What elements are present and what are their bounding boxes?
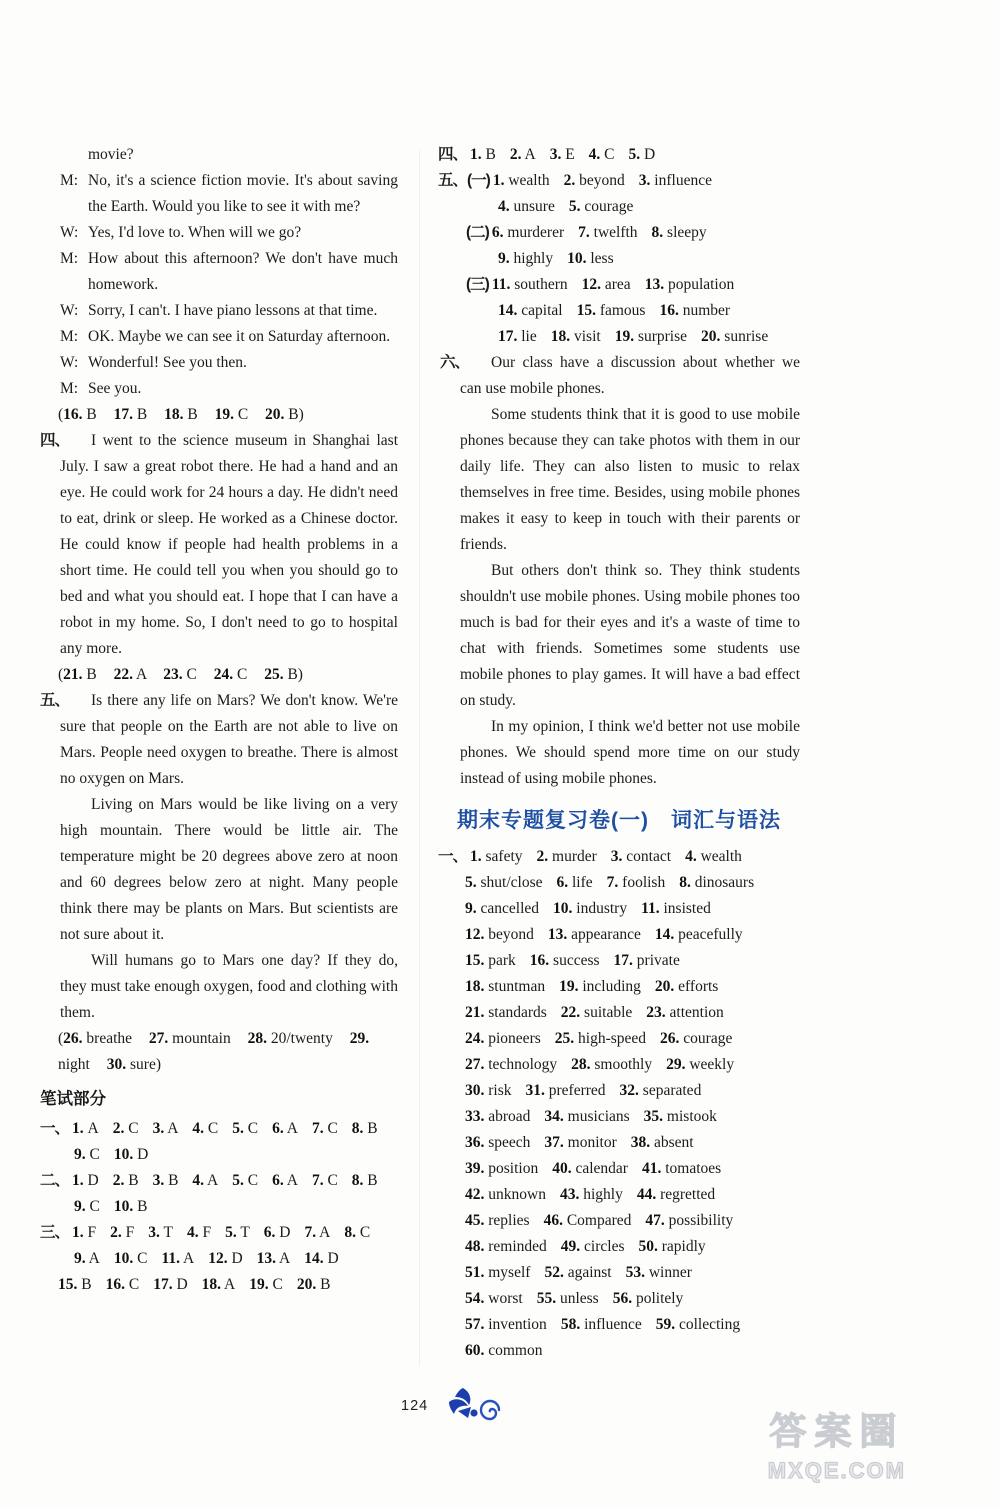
section-label: 六、: [440, 350, 469, 376]
list-item: 4. C: [192, 1120, 218, 1137]
list-item: 42. unknown: [465, 1186, 546, 1203]
paragraph: Will humans go to Mars one day? If they …: [60, 948, 398, 1026]
list-line: 一、1. safety2. murder3. contact4. wealth: [438, 844, 800, 870]
list-item: 28. smoothly: [571, 1056, 652, 1073]
list-item: 8. C: [344, 1224, 370, 1241]
list-item: 9. highly: [498, 250, 553, 267]
list-item: 4. unsure: [498, 198, 555, 215]
speaker-label: M:: [60, 376, 88, 402]
list-label: 二、: [40, 1172, 69, 1189]
dialogue-line: M:OK. Maybe we can see it on Saturday af…: [60, 324, 398, 350]
list-line: 39. position40. calendar41. tomatoes: [438, 1156, 800, 1182]
dialogue-line: M:No, it's a science fiction movie. It's…: [60, 168, 398, 220]
list-item: 9. cancelled: [465, 900, 539, 917]
list-item: 2. A: [510, 146, 536, 163]
section-paragraph: 五、Is there any life on Mars? We don't kn…: [60, 688, 398, 792]
dialogue-text: No, it's a science fiction movie. It's a…: [88, 172, 398, 215]
list-item: 20. efforts: [655, 978, 718, 995]
list-line: 4. unsure5. courage: [438, 194, 800, 220]
list-label: 五、(一): [438, 172, 490, 189]
dialogue-text: See you.: [88, 380, 141, 397]
list-label: 三、: [40, 1224, 69, 1241]
list-label: 四、: [438, 146, 467, 163]
list-item: 2. beyond: [564, 172, 625, 189]
list-item: 5. shut/close: [465, 874, 543, 891]
column-gutter: [419, 150, 420, 1365]
list-item: 4. C: [589, 146, 615, 163]
list-item: 5. D: [629, 146, 656, 163]
list-item: 14. D: [304, 1250, 338, 1267]
list-line: 9. A10. C11. A12. D13. A14. D: [40, 1246, 398, 1272]
paragraph: Living on Mars would be like living on a…: [60, 792, 398, 948]
list-item: 7. twelfth: [578, 224, 637, 241]
list-item: 36. speech: [465, 1134, 530, 1151]
speaker-label: W:: [60, 220, 88, 246]
right-column: 四、1. B2. A3. E4. C5. D五、(一)1. wealth2. b…: [438, 142, 800, 1364]
list-item: 11. southern: [492, 276, 568, 293]
list-label: (三): [466, 276, 489, 293]
list-item: 34. musicians: [544, 1108, 629, 1125]
list-item: 2. murder: [537, 848, 597, 865]
list-line: 24. pioneers25. high-speed26. courage: [438, 1026, 800, 1052]
list-item: 8. dinosaurs: [679, 874, 754, 891]
list-item: 24. pioneers: [465, 1030, 541, 1047]
paper-title: 期末专题复习卷(一) 词汇与语法: [438, 808, 800, 834]
list-item: 47. possibility: [645, 1212, 733, 1229]
list-item: 14. peacefully: [655, 926, 743, 943]
list-item: 10. C: [114, 1250, 148, 1267]
answer-line: (26. breathe 27. mountain 28. 20/twenty …: [58, 1026, 398, 1078]
list-item: 11. A: [161, 1250, 194, 1267]
list-line: 18. stuntman19. including20. efforts: [438, 974, 800, 1000]
list-item: 3. T: [148, 1224, 173, 1241]
list-item: 60. common: [465, 1342, 543, 1359]
list-item: 17. private: [614, 952, 680, 969]
list-line: 5. shut/close6. life7. foolish8. dinosau…: [438, 870, 800, 896]
list-item: 12. D: [208, 1250, 242, 1267]
list-line: 42. unknown43. highly44. regretted: [438, 1182, 800, 1208]
list-item: 4. F: [187, 1224, 211, 1241]
list-item: 23. attention: [646, 1004, 724, 1021]
list-item: 18. visit: [551, 328, 601, 345]
list-item: 5. courage: [569, 198, 634, 215]
speaker-label: M:: [60, 324, 88, 350]
list-item: 6. A: [272, 1172, 298, 1189]
list-item: 8. B: [352, 1120, 378, 1137]
list-line: 27. technology28. smoothly29. weekly: [438, 1052, 800, 1078]
list-item: 56. politely: [613, 1290, 684, 1307]
list-label: 一、: [40, 1120, 69, 1137]
list-item: 2. C: [113, 1120, 139, 1137]
list-item: 2. B: [113, 1172, 139, 1189]
dialogue-line: W:Wonderful! See you then.: [60, 350, 398, 376]
section-paragraph: 四、I went to the science museum in Shangh…: [60, 428, 398, 662]
list-item: 43. highly: [560, 1186, 623, 1203]
list-item: 1. wealth: [493, 172, 550, 189]
list-item: 1. A: [72, 1120, 99, 1137]
page-number: 124: [401, 1398, 428, 1414]
list-item: 25. high-speed: [555, 1030, 646, 1047]
paragraph: But others don't think so. They think st…: [460, 558, 800, 714]
scanned-answer-page: movie?M:No, it's a science fiction movie…: [0, 0, 1000, 1508]
list-item: 57. invention: [465, 1316, 547, 1333]
list-line: 36. speech37. monitor38. absent: [438, 1130, 800, 1156]
list-item: 37. monitor: [544, 1134, 616, 1151]
list-item: 5. C: [232, 1120, 258, 1137]
list-item: 18. A: [202, 1276, 236, 1293]
list-item: 35. mistook: [644, 1108, 717, 1125]
list-item: 5. T: [225, 1224, 250, 1241]
list-item: 12. beyond: [465, 926, 534, 943]
list-item: 1. safety: [470, 848, 523, 865]
dialogue-line: W:Yes, I'd love to. When will we go?: [60, 220, 398, 246]
list-item: 33. abroad: [465, 1108, 530, 1125]
list-item: 10. D: [114, 1146, 148, 1163]
bird-logo: [447, 1386, 505, 1428]
list-item: 10. industry: [553, 900, 627, 917]
list-line: 9. C10. D: [40, 1142, 398, 1168]
dialogue-text: How about this afternoon? We don't have …: [88, 250, 398, 293]
list-item: 9. C: [74, 1146, 100, 1163]
list-item: 7. foolish: [607, 874, 666, 891]
paragraph-text: Is there any life on Mars? We don't know…: [60, 688, 398, 792]
list-item: 6. D: [264, 1224, 291, 1241]
section-paragraph: 六、Our class have a discussion about whet…: [460, 350, 800, 402]
list-item: 7. C: [312, 1120, 338, 1137]
list-line: 五、(一)1. wealth2. beyond3. influence: [438, 168, 800, 194]
list-line: 三、1. F2. F3. T4. F5. T6. D7. A8. C: [40, 1220, 398, 1246]
list-item: 4. A: [192, 1172, 218, 1189]
watermark-title: 答案圈: [768, 1412, 906, 1453]
paragraph: Some students think that it is good to u…: [460, 402, 800, 558]
list-item: 19. C: [249, 1276, 283, 1293]
list-item: 41. tomatoes: [642, 1160, 721, 1177]
list-line: 30. risk31. preferred32. separated: [438, 1078, 800, 1104]
list-item: 50. rapidly: [639, 1238, 706, 1255]
list-line: 51. myself52. against53. winner: [438, 1260, 800, 1286]
list-item: 3. A: [153, 1120, 179, 1137]
list-item: 10. less: [567, 250, 614, 267]
list-item: 38. absent: [631, 1134, 694, 1151]
list-item: 15. famous: [577, 302, 646, 319]
list-item: 2. F: [110, 1224, 134, 1241]
dialogue-line: W:Sorry, I can't. I have piano lessons a…: [60, 298, 398, 324]
list-item: 19. surprise: [615, 328, 687, 345]
dialogue-text: Sorry, I can't. I have piano lessons at …: [88, 302, 377, 319]
list-item: 8. B: [352, 1172, 378, 1189]
list-line: 54. worst55. unless56. politely: [438, 1286, 800, 1312]
list-item: 55. unless: [537, 1290, 599, 1307]
list-item: 27. technology: [465, 1056, 557, 1073]
list-item: 3. contact: [611, 848, 671, 865]
list-item: 6. A: [272, 1120, 298, 1137]
list-item: 45. replies: [465, 1212, 530, 1229]
list-item: 9. C: [74, 1198, 100, 1215]
list-line: 21. standards22. suitable23. attention: [438, 1000, 800, 1026]
list-item: 16. number: [659, 302, 730, 319]
list-item: 17. lie: [498, 328, 537, 345]
list-item: 1. F: [72, 1224, 96, 1241]
list-item: 58. influence: [561, 1316, 642, 1333]
list-item: 44. regretted: [637, 1186, 715, 1203]
list-item: 8. sleepy: [652, 224, 707, 241]
list-item: 31. preferred: [526, 1082, 606, 1099]
list-line: (三)11. southern12. area13. population: [438, 272, 800, 298]
list-line: 15. B16. C17. D18. A19. C20. B: [40, 1272, 398, 1298]
list-item: 13. population: [645, 276, 735, 293]
list-line: 9. highly10. less: [438, 246, 800, 272]
list-item: 59. collecting: [656, 1316, 740, 1333]
continuation-line: movie?: [60, 142, 398, 168]
left-column: movie?M:No, it's a science fiction movie…: [40, 142, 398, 1298]
section-label: 五、: [40, 688, 69, 714]
list-line: 57. invention58. influence59. collecting: [438, 1312, 800, 1338]
list-item: 26. courage: [660, 1030, 732, 1047]
list-line: 14. capital15. famous16. number: [438, 298, 800, 324]
answer-line: (21. B 22. A 23. C 24. C 25. B): [58, 662, 398, 688]
list-line: 二、1. D2. B3. B4. A5. C6. A7. C8. B: [40, 1168, 398, 1194]
dialogue-text: Wonderful! See you then.: [88, 354, 247, 371]
list-item: 52. against: [544, 1264, 611, 1281]
section-heading: 笔试部分: [40, 1086, 398, 1112]
list-item: 7. A: [305, 1224, 331, 1241]
list-item: 11. insisted: [641, 900, 711, 917]
list-item: 1. B: [470, 146, 496, 163]
paragraph: In my opinion, I think we'd better not u…: [460, 714, 800, 792]
list-item: 9. A: [74, 1250, 100, 1267]
list-item: 16. C: [106, 1276, 140, 1293]
dialogue-text: OK. Maybe we can see it on Saturday afte…: [88, 328, 390, 345]
list-item: 6. murderer: [492, 224, 564, 241]
list-line: 四、1. B2. A3. E4. C5. D: [438, 142, 800, 168]
list-item: 5. C: [232, 1172, 258, 1189]
list-item: 3. E: [550, 146, 575, 163]
paragraph-text: Our class have a discussion about whethe…: [460, 350, 800, 402]
list-item: 40. calendar: [552, 1160, 628, 1177]
answer-line: (16. B 17. B 18. B 19. C 20. B): [58, 402, 398, 428]
list-line: 33. abroad34. musicians35. mistook: [438, 1104, 800, 1130]
dialogue-line: M:See you.: [60, 376, 398, 402]
speaker-label: M:: [60, 168, 88, 194]
list-label: (二): [466, 224, 489, 241]
list-item: 32. separated: [620, 1082, 702, 1099]
list-line: 17. lie18. visit19. surprise20. sunrise: [438, 324, 800, 350]
list-line: 45. replies46. Compared47. possibility: [438, 1208, 800, 1234]
list-item: 16. success: [530, 952, 600, 969]
list-label: 一、: [438, 848, 467, 865]
list-item: 15. B: [58, 1276, 92, 1293]
list-item: 18. stuntman: [465, 978, 545, 995]
list-line: 12. beyond13. appearance14. peacefully: [438, 922, 800, 948]
list-item: 7. C: [312, 1172, 338, 1189]
list-item: 20. sunrise: [701, 328, 768, 345]
list-item: 17. D: [153, 1276, 187, 1293]
list-line: 15. park16. success17. private: [438, 948, 800, 974]
speaker-label: W:: [60, 298, 88, 324]
list-line: (二)6. murderer7. twelfth8. sleepy: [438, 220, 800, 246]
list-line: 一、1. A2. C3. A4. C5. C6. A7. C8. B: [40, 1116, 398, 1142]
list-item: 30. risk: [465, 1082, 512, 1099]
list-item: 12. area: [582, 276, 631, 293]
list-item: 46. Compared: [544, 1212, 632, 1229]
list-item: 29. weekly: [666, 1056, 734, 1073]
list-item: 21. standards: [465, 1004, 547, 1021]
list-item: 19. including: [559, 978, 641, 995]
paragraph-text: I went to the science museum in Shanghai…: [60, 428, 398, 662]
list-line: 60. common: [438, 1338, 800, 1364]
list-item: 3. influence: [639, 172, 712, 189]
list-item: 6. life: [557, 874, 593, 891]
watermark: 答案圈 MXQE.COM: [768, 1412, 906, 1483]
list-item: 54. worst: [465, 1290, 523, 1307]
section-label: 四、: [40, 428, 69, 454]
list-item: 49. circles: [561, 1238, 625, 1255]
list-item: 13. appearance: [548, 926, 641, 943]
dialogue-text: Yes, I'd love to. When will we go?: [88, 224, 301, 241]
list-line: 9. C10. B: [40, 1194, 398, 1220]
list-item: 1. D: [72, 1172, 99, 1189]
list-item: 53. winner: [626, 1264, 692, 1281]
list-item: 10. B: [114, 1198, 148, 1215]
list-item: 13. A: [257, 1250, 291, 1267]
list-item: 39. position: [465, 1160, 538, 1177]
list-item: 4. wealth: [685, 848, 742, 865]
dialogue-line: M:How about this afternoon? We don't hav…: [60, 246, 398, 298]
list-item: 51. myself: [465, 1264, 530, 1281]
speaker-label: M:: [60, 246, 88, 272]
list-item: 20. B: [297, 1276, 331, 1293]
speaker-label: W:: [60, 350, 88, 376]
list-item: 48. reminded: [465, 1238, 547, 1255]
list-line: 48. reminded49. circles50. rapidly: [438, 1234, 800, 1260]
list-item: 3. B: [153, 1172, 179, 1189]
list-item: 22. suitable: [561, 1004, 632, 1021]
watermark-domain: MXQE.COM: [768, 1459, 906, 1483]
list-item: 15. park: [465, 952, 516, 969]
list-item: 14. capital: [498, 302, 563, 319]
list-line: 9. cancelled10. industry11. insisted: [438, 896, 800, 922]
